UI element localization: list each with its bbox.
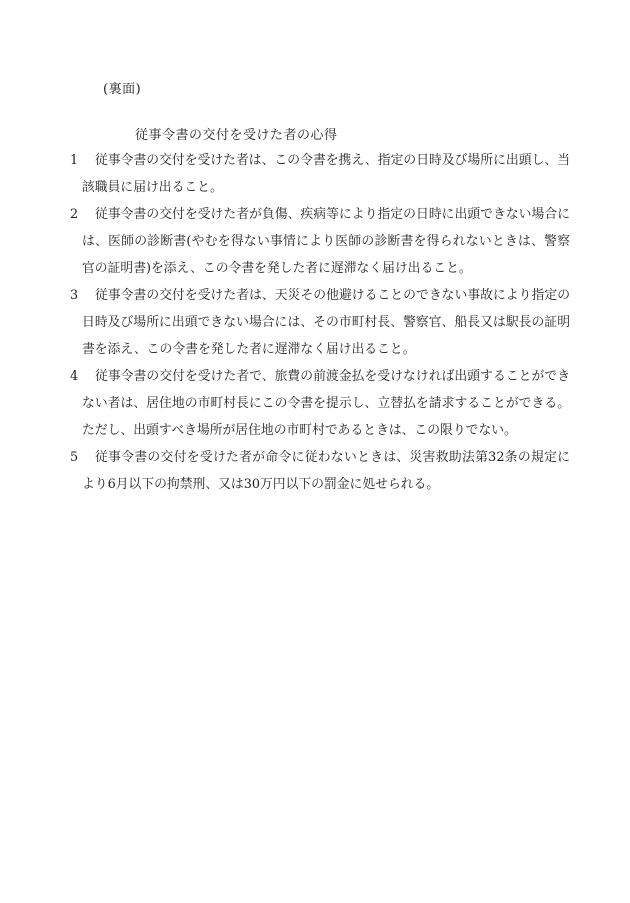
instruction-item: 3 従事令書の交付を受けた者は、天災その他避けることのできない事故により指定の日…	[0, 282, 570, 363]
item-text: 従事令書の交付を受けた者で、旅費の前渡金払を受けなければ出頭することができない者…	[82, 369, 570, 438]
instruction-item: 1 従事令書の交付を受けた者は、この令書を携え、指定の日時及び場所に出頭し、当該…	[0, 147, 570, 201]
item-number: 4	[70, 363, 78, 390]
item-number: 5	[70, 444, 78, 471]
instruction-item: 2 従事令書の交付を受けた者が負傷、疾病等により指定の日時に出頭できない場合には…	[0, 201, 570, 282]
item-number: 1	[70, 147, 78, 174]
item-text: 従事令書の交付を受けた者は、この令書を携え、指定の日時及び場所に出頭し、当該職員…	[82, 153, 570, 195]
instructions-list: 1 従事令書の交付を受けた者は、この令書を携え、指定の日時及び場所に出頭し、当該…	[0, 147, 630, 498]
instruction-item: 5 従事令書の交付を受けた者が命令に従わないときは、災害救助法第32条の規定によ…	[0, 444, 570, 498]
document-page: (裏面) 従事令書の交付を受けた者の心得 1 従事令書の交付を受けた者は、この令…	[0, 0, 630, 903]
item-text: 従事令書の交付を受けた者は、天災その他避けることのできない事故により指定の日時及…	[82, 288, 570, 357]
document-title: 従事令書の交付を受けた者の心得	[135, 124, 338, 143]
item-number: 3	[70, 282, 78, 309]
item-text: 従事令書の交付を受けた者が負傷、疾病等により指定の日時に出頭できない場合には、医…	[82, 207, 570, 276]
instruction-item: 4 従事令書の交付を受けた者で、旅費の前渡金払を受けなければ出頭することができな…	[0, 363, 570, 444]
item-number: 2	[70, 201, 78, 228]
side-label: (裏面)	[103, 78, 141, 97]
item-text: 従事令書の交付を受けた者が命令に従わないときは、災害救助法第32条の規定により6…	[82, 450, 570, 492]
